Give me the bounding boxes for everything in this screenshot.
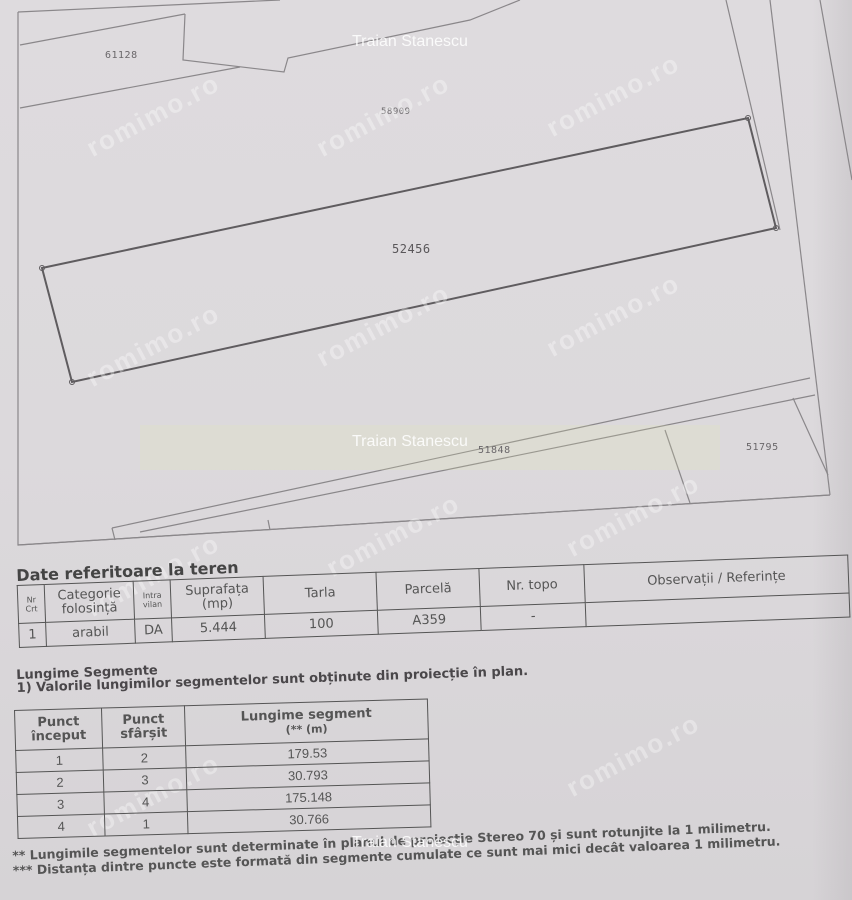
header-categorie: Categorie folosință — [44, 581, 134, 622]
cell-tarla: 100 — [264, 610, 378, 638]
parcel-label-61128: 61128 — [105, 50, 138, 61]
header-nr-crt: Nr Crt — [17, 584, 45, 623]
cell-intravilan: DA — [135, 618, 173, 643]
watermark-author: Traian Stanescu — [352, 834, 468, 852]
parcel-label-51848: 51848 — [478, 445, 511, 456]
header-parcela: Parcelă — [376, 569, 480, 611]
header-tarla: Tarla — [263, 572, 377, 614]
cell-end: 3 — [103, 768, 187, 792]
header-length: Lungime segment (** (m) — [184, 699, 428, 746]
header-intravilan: Intra vilan — [133, 580, 171, 619]
cell-end: 2 — [103, 746, 187, 770]
cell-start: 4 — [17, 814, 105, 838]
watermark-author: Traian Stanescu — [352, 433, 468, 451]
cell-suprafata: 5.444 — [172, 614, 266, 641]
parcel-label-51795: 51795 — [746, 442, 779, 453]
cell-parcela: A359 — [377, 607, 481, 635]
watermark-author: Traian Stanescu — [352, 33, 468, 51]
cell-end: 1 — [104, 812, 188, 836]
header-nr-topo: Nr. topo — [479, 565, 585, 607]
cell-start: 2 — [16, 770, 104, 794]
cell-start: 1 — [16, 748, 104, 772]
cell-nr-topo: - — [480, 603, 586, 631]
segments-table: Punct început Punct sfârșit Lungime segm… — [14, 698, 431, 839]
parcel-label-52456: 52456 — [392, 242, 431, 256]
cell-categorie: arabil — [46, 619, 136, 646]
cell-end: 4 — [104, 790, 188, 814]
header-start-point: Punct început — [15, 708, 103, 750]
header-suprafata: Suprafața (mp) — [170, 576, 264, 617]
cell-nr-crt: 1 — [19, 622, 47, 647]
cell-start: 3 — [17, 792, 105, 816]
header-end-point: Punct sfârșit — [101, 706, 185, 748]
segments-table-wrap: Punct început Punct sfârșit Lungime segm… — [14, 698, 431, 839]
